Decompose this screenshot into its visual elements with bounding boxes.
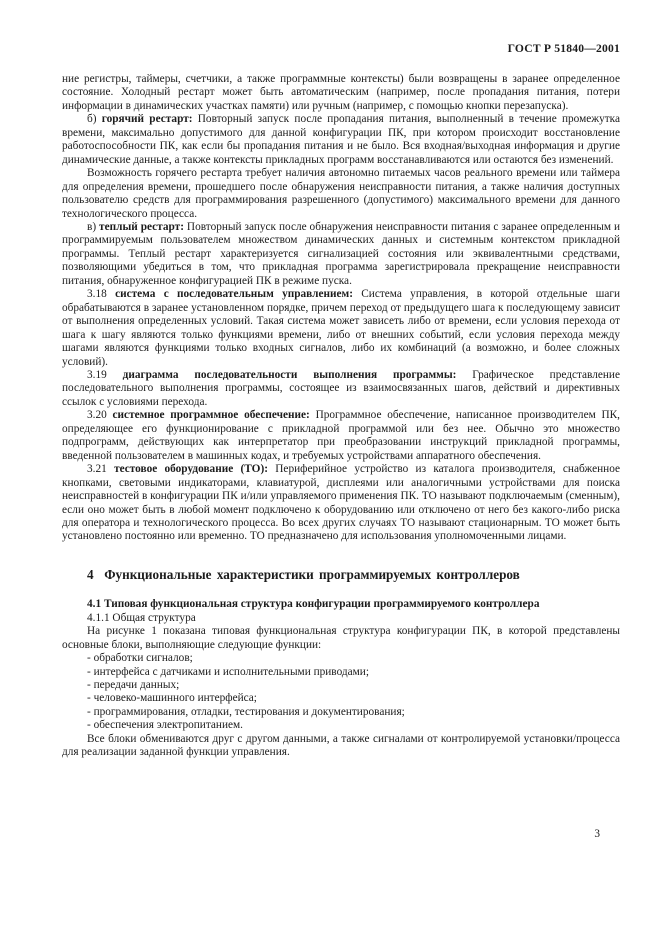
paragraph: Возможность горячего рестарта требует на…: [62, 167, 620, 221]
paragraph: - обеспечения электропитанием.: [62, 719, 620, 732]
document-header-standard-number: ГОСТ Р 51840—2001: [62, 42, 620, 55]
body-text: - программирования, отладки, тестировани…: [87, 706, 405, 718]
paragraph: ние регистры, таймеры, счетчики, а также…: [62, 73, 620, 113]
page-number: 3: [62, 828, 600, 840]
paragraph: 3.19 диаграмма последовательности выполн…: [62, 369, 620, 409]
document-page: ГОСТ Р 51840—2001 ние регистры, таймеры,…: [0, 0, 661, 936]
paragraph: На рисунке 1 показана типовая функционал…: [62, 625, 620, 652]
term-bold-text: система с последовательным управлением:: [115, 288, 353, 300]
term-bold-text: горячий рестарт:: [102, 113, 193, 125]
paragraph: - интерфейса с датчиками и исполнительны…: [62, 666, 620, 679]
body-text: - человеко-машинного интерфейса;: [87, 692, 257, 704]
body-text: 3.21: [87, 463, 114, 475]
paragraph: - программирования, отладки, тестировани…: [62, 706, 620, 719]
body-text: в): [87, 221, 99, 233]
body-text: - обработки сигналов;: [87, 652, 193, 664]
paragraph: - человеко-машинного интерфейса;: [62, 692, 620, 705]
body-text: 3.20: [87, 409, 113, 421]
body-text: 3.18: [87, 288, 115, 300]
paragraph: 4.1.1 Общая структура: [62, 612, 620, 625]
body-text: - обеспечения электропитанием.: [87, 719, 243, 731]
body-text: - интерфейса с датчиками и исполнительны…: [87, 666, 369, 678]
body-text: Возможность горячего рестарта требует на…: [62, 167, 620, 219]
section-heading: 4 Функциональные характеристики программ…: [62, 568, 620, 581]
body-text: Все блоки обмениваются друг с другом дан…: [62, 733, 620, 758]
body-text: б): [87, 113, 102, 125]
paragraph: - обработки сигналов;: [62, 652, 620, 665]
paragraph: 3.20 системное программное обеспечение: …: [62, 409, 620, 463]
term-bold-text: 4 Функциональные характеристики программ…: [87, 567, 520, 582]
paragraph: 3.21 тестовое оборудование (ТО): Перифер…: [62, 463, 620, 544]
paragraph: б) горячий рестарт: Повторный запуск пос…: [62, 113, 620, 167]
term-bold-text: 4.1 Типовая функциональная структура кон…: [87, 598, 539, 610]
paragraph: - передачи данных;: [62, 679, 620, 692]
body-text: 3.19: [87, 369, 123, 381]
term-bold-text: тестовое оборудование (ТО):: [114, 463, 268, 475]
body-text: На рисунке 1 показана типовая функционал…: [62, 625, 620, 650]
section-heading: 4.1 Типовая функциональная структура кон…: [62, 598, 620, 611]
body-text: - передачи данных;: [87, 679, 179, 691]
term-bold-text: теплый рестарт:: [99, 221, 184, 233]
paragraph: в) теплый рестарт: Повторный запуск посл…: [62, 221, 620, 288]
paragraph: 3.18 система с последовательным управлен…: [62, 288, 620, 369]
body-text: ние регистры, таймеры, счетчики, а также…: [62, 73, 620, 112]
document-body: ние регистры, таймеры, счетчики, а также…: [62, 73, 620, 760]
term-bold-text: диаграмма последовательности выполнения …: [123, 369, 457, 381]
paragraph: Все блоки обмениваются друг с другом дан…: [62, 733, 620, 760]
term-bold-text: системное программное обеспечение:: [113, 409, 310, 421]
body-text: 4.1.1 Общая структура: [87, 612, 196, 624]
